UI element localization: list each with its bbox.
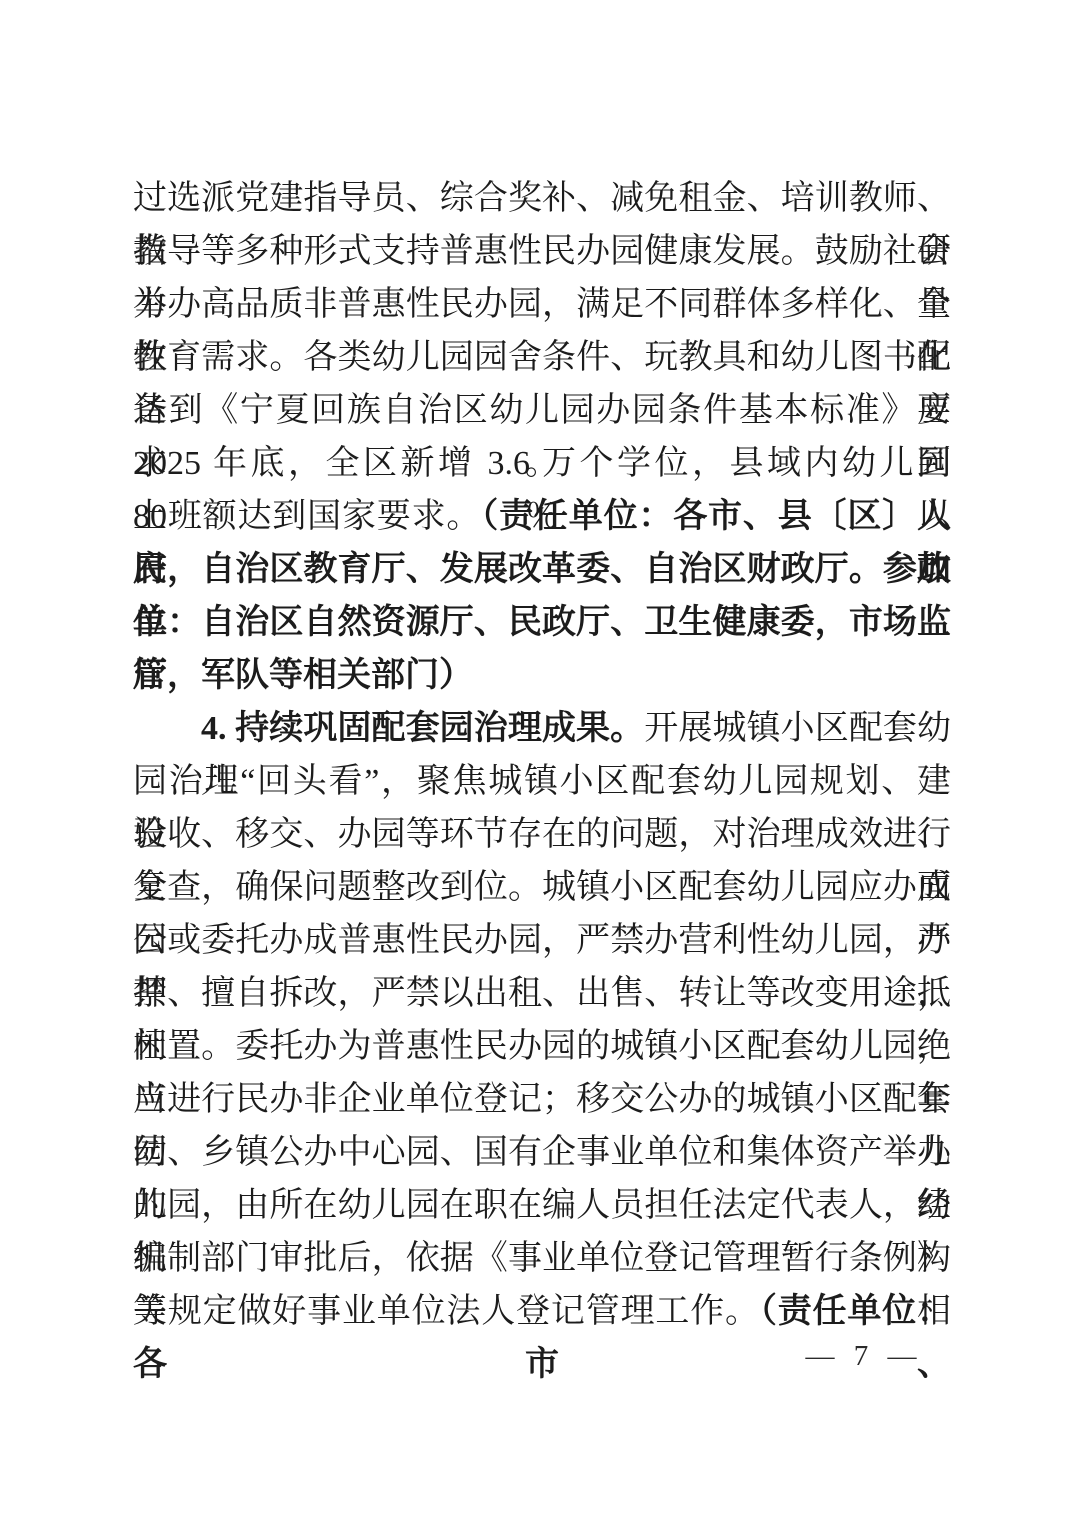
text-line: 复查，确保问题整改到位。城镇小区配套幼儿园应办成公办 xyxy=(133,861,951,914)
text-line: 教育需求。各类幼儿园园舍条件、玩教具和幼儿图书配备应 xyxy=(133,331,951,384)
text-line: 厅，军队等相关部门） xyxy=(133,649,951,702)
text-line: 应进行民办非企业单位登记；移交公办的城镇小区配套幼儿 xyxy=(133,1073,951,1126)
text-line: 2025 年底，全区新增 3.6 万个学位，县域内幼儿园 80％以 xyxy=(133,437,951,490)
text-line: 编制部门审批后，依据《事业单位登记管理暂行条例》等相 xyxy=(133,1232,951,1285)
page-number: — 7 — xyxy=(796,1336,932,1376)
text-line: 关规定做好事业单位法人登记管理工作。（责任单位：各市、 xyxy=(133,1285,951,1338)
text-run-bold: 4. 持续巩固配套园治理成果。 xyxy=(201,710,644,747)
document-page: 过选派党建指导员、综合奖补、减免租金、培训教师、教研指导等多种形式支持普惠性民办… xyxy=(0,0,1074,1520)
text-line: 举办高品质非普惠性民办园，满足不同群体多样化、个性化 xyxy=(133,278,951,331)
text-line: 验收、移交、办园等环节存在的问题，对治理成效进行全面 xyxy=(133,808,951,861)
text-run: 上班额达到国家要求。 xyxy=(133,498,481,535)
text-line: 园治理“回头看”，聚焦城镇小区配套幼儿园规划、建设、 xyxy=(133,755,951,808)
text-line: 闲置。委托办为普惠性民办园的城镇小区配套幼儿园，当年 xyxy=(133,1020,951,1073)
text-line: 达到《宁夏回族自治区幼儿园办园条件基本标准》要求。到 xyxy=(133,384,951,437)
text-line: 儿园，由所在幼儿园在职在编人员担任法定代表人，经机构 xyxy=(133,1179,951,1232)
text-line: 过选派党建指导员、综合奖补、减免租金、培训教师、教研 xyxy=(133,172,951,225)
text-line: 4. 持续巩固配套园治理成果。开展城镇小区配套幼儿 xyxy=(133,702,951,755)
text-run: 关规定做好事业单位法人登记管理工作。 xyxy=(133,1293,760,1330)
text-line: 上班额达到国家要求。（责任单位：各市、县〔区〕人民政 xyxy=(133,490,951,543)
text-run-bold: 厅，军队等相关部门） xyxy=(133,657,473,694)
text-line: 押、擅自拆改，严禁以出租、出售、转让等改变用途，杜绝 xyxy=(133,967,951,1020)
text-line: 府，自治区教育厅、发展改革委、自治区财政厅。参加单 xyxy=(133,543,951,596)
text-line: 园、乡镇公办中心园、国有企事业单位和集体资产举办的幼 xyxy=(133,1126,951,1179)
document-body: 过选派党建指导员、综合奖补、减免租金、培训教师、教研指导等多种形式支持普惠性民办… xyxy=(133,172,951,1338)
text-line: 位：自治区自然资源厅、民政厅、卫生健康委，市场监管 xyxy=(133,596,951,649)
text-line: 园或委托办成普惠性民办园，严禁办营利性幼儿园，严禁抵 xyxy=(133,914,951,967)
text-line: 指导等多种形式支持普惠性民办园健康发展。鼓励社会力量 xyxy=(133,225,951,278)
